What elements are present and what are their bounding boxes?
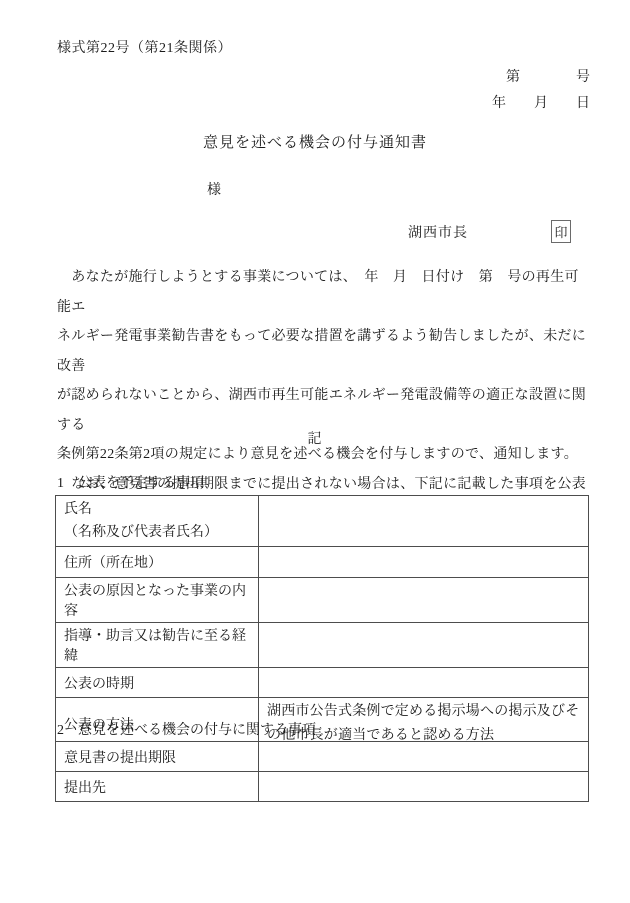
table-row: 指導・助言又は勧告に至る経緯 [56,623,589,668]
row-label-cell: 公表の原因となった事業の内容 [56,578,259,623]
table-row: 住所（所在地） [56,547,589,578]
row-value-cell [259,496,589,547]
body-line: あなたが施行しようとする事業については、 年 月 日付け 第 号の再生可能エ [57,263,590,322]
table-row: 意見書の提出期限 [56,742,589,772]
date-line: 年 月 日 [492,92,590,112]
addressee-suffix: 様 [207,179,221,199]
row-label-cell: 氏名 （名称及び代表者氏名） [56,496,259,547]
page-title: 意見を述べる機会の付与通知書 [0,131,630,152]
section-1-heading: 1 公表を予定する事項 [57,472,204,492]
row-value-cell [259,623,589,668]
seal-stamp-box: 印 [551,220,571,243]
row-label-cell: 意見書の提出期限 [56,742,259,772]
row-label-cell: 提出先 [56,772,259,802]
row-label-line: 氏名 [64,498,250,521]
document-number-line: 第 号 [506,66,590,86]
table-row: 公表の原因となった事業の内容 [56,578,589,623]
row-value-cell [259,742,589,772]
row-value-cell [259,547,589,578]
section-2-heading: 2 意見を述べる機会の付与に関する事項 [57,719,316,739]
row-label-cell: 住所（所在地） [56,547,259,578]
body-line: ネルギー発電事業勧告書をもって必要な措置を講ずるよう勧告しましたが、未だに改善 [57,322,590,381]
publication-items-table: 氏名 （名称及び代表者氏名） 住所（所在地） 公表の原因となった事業の内容 指導… [55,495,589,751]
seal-character: 印 [554,222,567,241]
row-label-cell: 公表の時期 [56,668,259,698]
row-value-cell [259,668,589,698]
row-label-line: （名称及び代表者氏名） [64,521,250,544]
ki-marker: 記 [0,428,630,448]
form-number: 様式第22号（第21条関係） [57,37,232,57]
row-label-cell: 指導・助言又は勧告に至る経緯 [56,623,259,668]
row-value-cell [259,772,589,802]
opinion-opportunity-table: 意見書の提出期限 提出先 [55,741,589,802]
document-page: 様式第22号（第21条関係） 第 号 年 月 日 意見を述べる機会の付与通知書 … [0,0,630,903]
sender-name: 湖西市長 [408,222,468,242]
table-row: 公表の時期 [56,668,589,698]
row-value-cell [259,578,589,623]
table-row: 氏名 （名称及び代表者氏名） [56,496,589,547]
table-row: 提出先 [56,772,589,802]
